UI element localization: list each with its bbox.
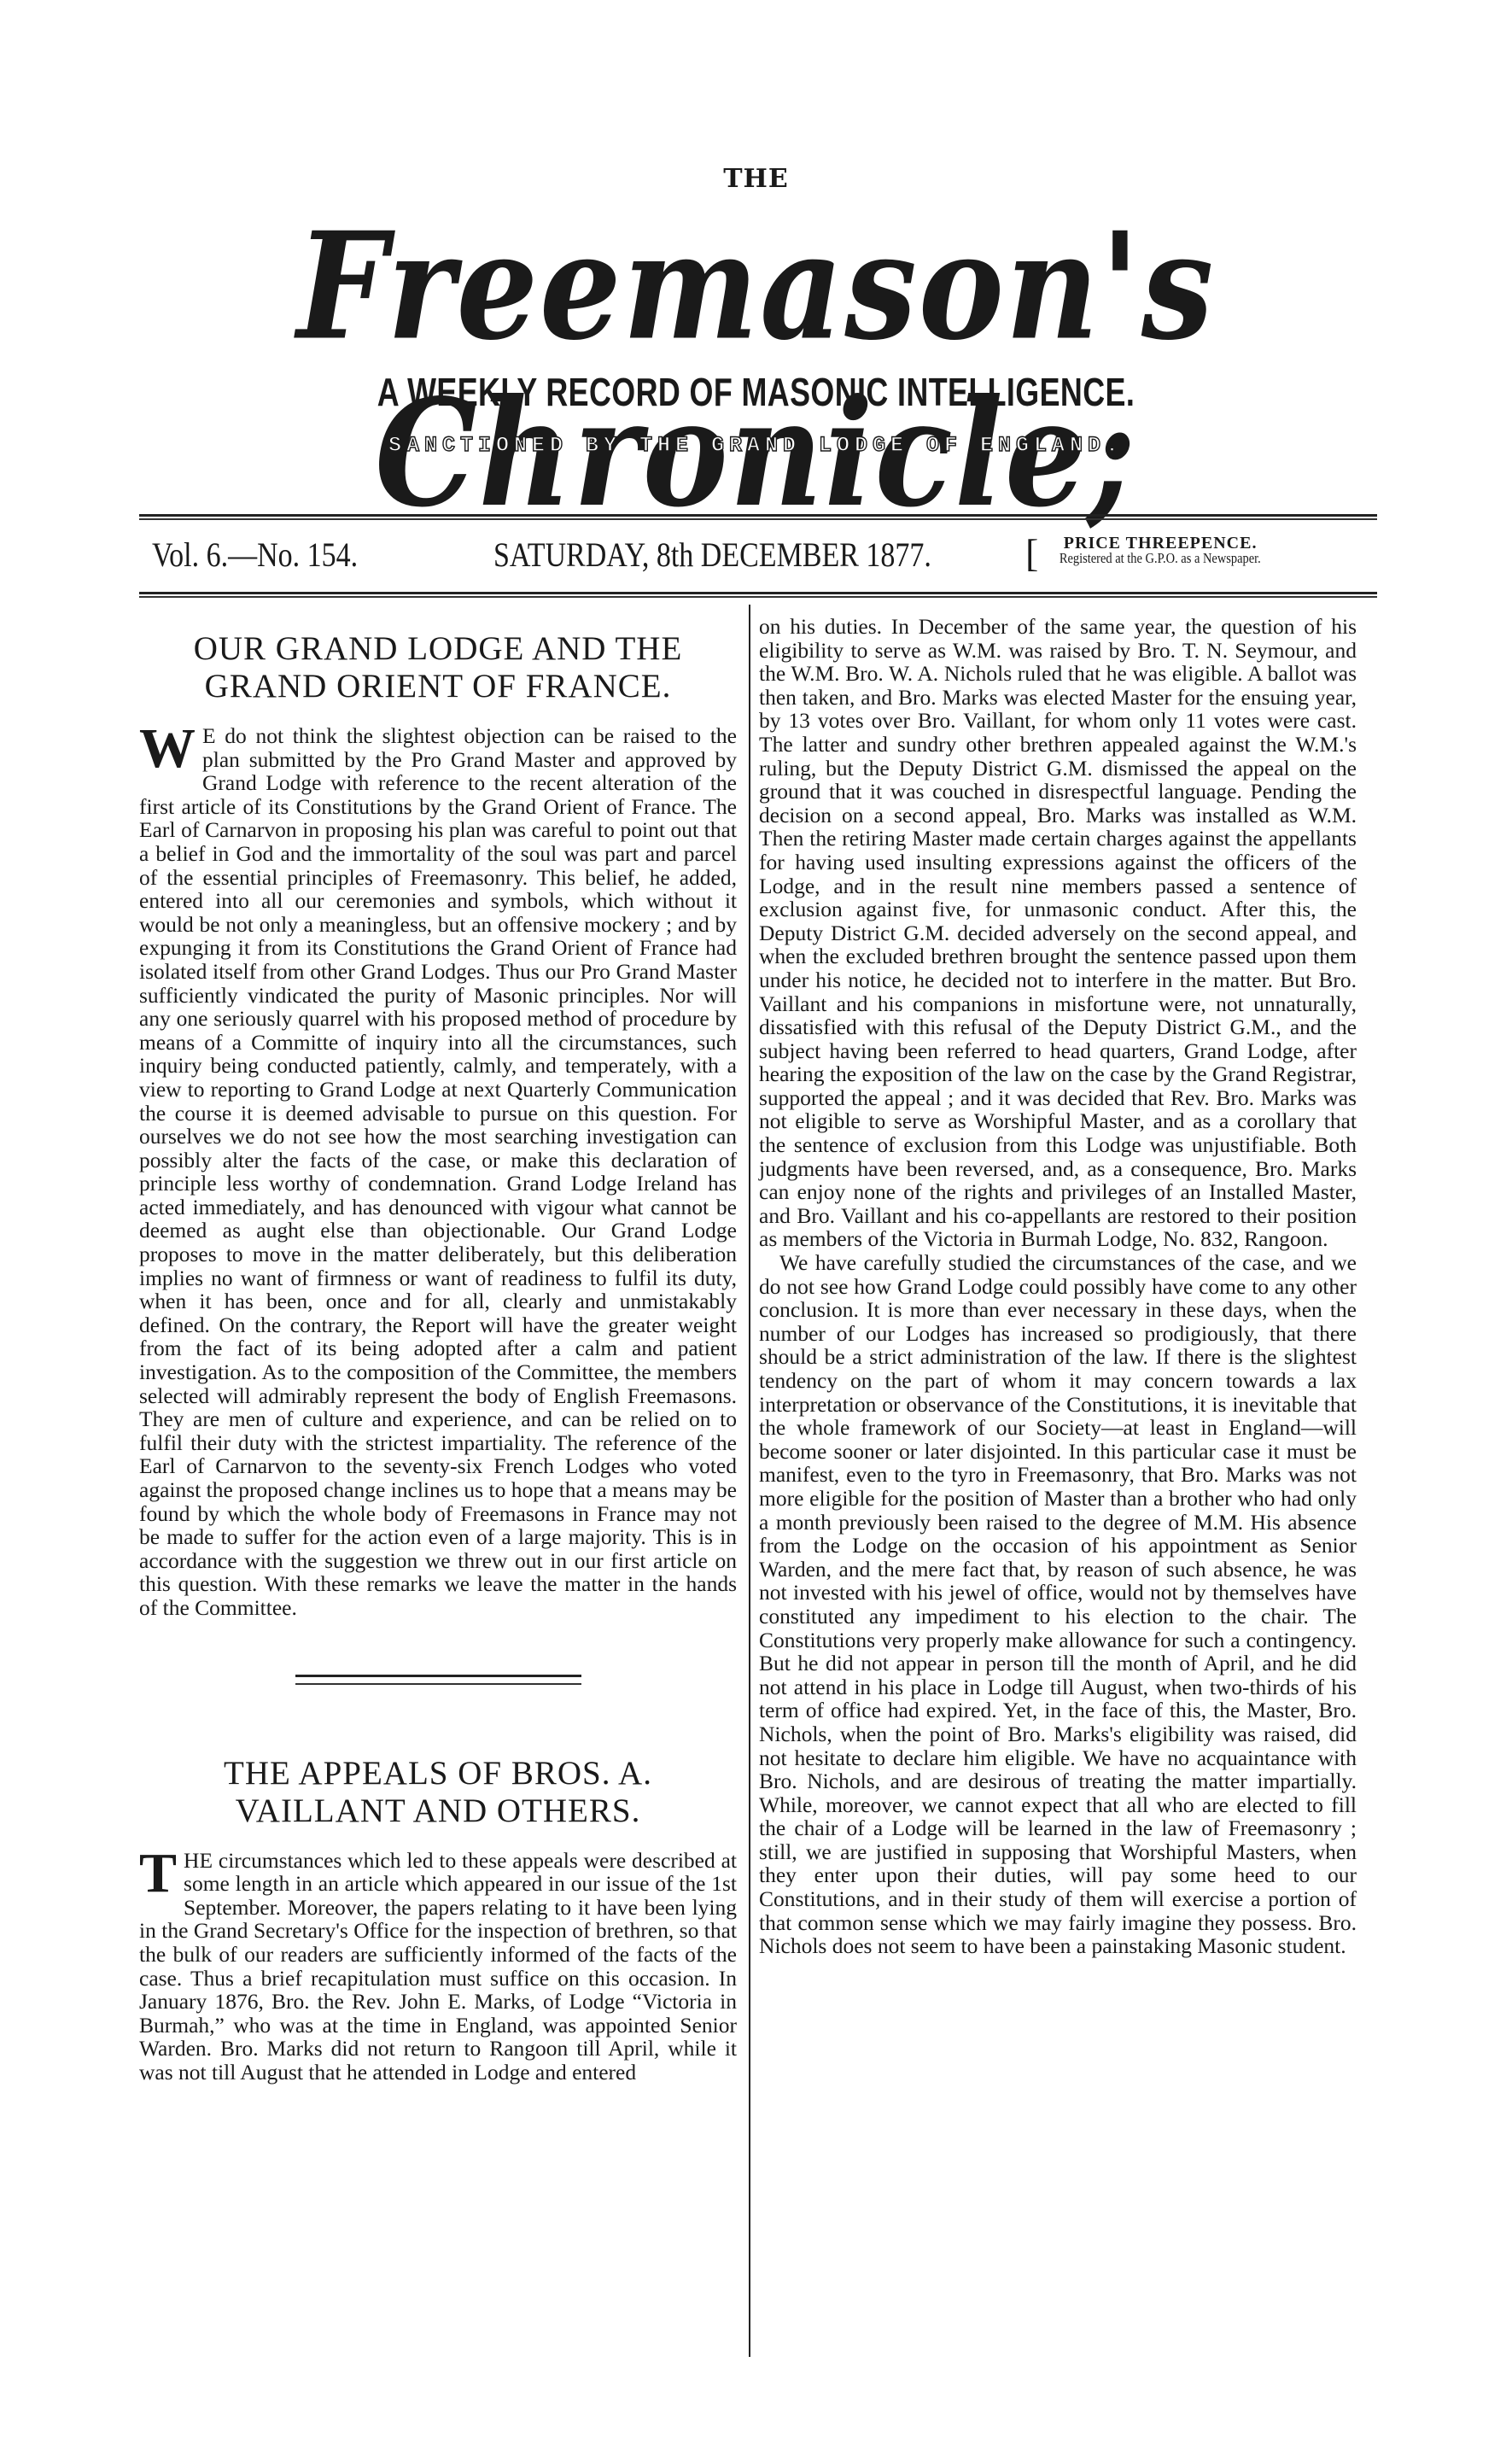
newspaper-subtitle: A WEEKLY RECORD OF MASONIC INTELLIGENCE. [166,369,1346,415]
paragraph-text: HE circumstances which led to these appe… [139,1848,737,2085]
column-divider [749,605,750,2357]
header-rule-bottom [139,592,1377,598]
column-right: on his duties. In December of the same y… [759,615,1357,1958]
article-paragraph: WE do not think the slightest objection … [139,724,737,1620]
registration-note: Registered at the G.P.O. as a Newspaper. [1060,551,1261,565]
article-headline: OUR GRAND LODGE AND THE GRAND ORIENT OF … [139,630,737,705]
drop-cap: W [139,726,196,772]
paragraph-text: E do not think the slightest objection c… [139,723,737,1620]
price-block: [ PRICE THREEPENCE. Registered at the G.… [1025,536,1279,570]
header-rule-top [139,514,1377,520]
dateline: Vol. 6.—No. 154. SATURDAY, 8th DECEMBER … [139,535,1377,577]
bracket-glyph: [ [1025,536,1038,570]
article-grand-orient: OUR GRAND LODGE AND THE GRAND ORIENT OF … [139,630,737,1620]
article-paragraph: THE circumstances which led to these app… [139,1849,737,2085]
price-label: PRICE THREEPENCE. [1064,536,1258,551]
column-left: OUR GRAND LODGE AND THE GRAND ORIENT OF … [139,630,737,2085]
drop-cap: T [139,1851,177,1897]
article-separator-rule [295,1675,581,1685]
masthead-the: THE [0,164,1512,194]
article-paragraph: We have carefully studied the circumstan… [759,1251,1357,1958]
article-paragraph-continued: on his duties. In December of the same y… [759,615,1357,1251]
sanction-line: SANCTIONED BY THE GRAND LODGE OF ENGLAND… [0,433,1512,458]
article-vaillant-appeals: THE APPEALS OF BROS. A. VAILLANT AND OTH… [139,1755,737,2085]
article-headline: THE APPEALS OF BROS. A. VAILLANT AND OTH… [139,1755,737,1830]
issue-date: SATURDAY, 8th DECEMBER 1877. [493,535,931,575]
volume-number: Vol. 6.—No. 154. [152,535,358,575]
